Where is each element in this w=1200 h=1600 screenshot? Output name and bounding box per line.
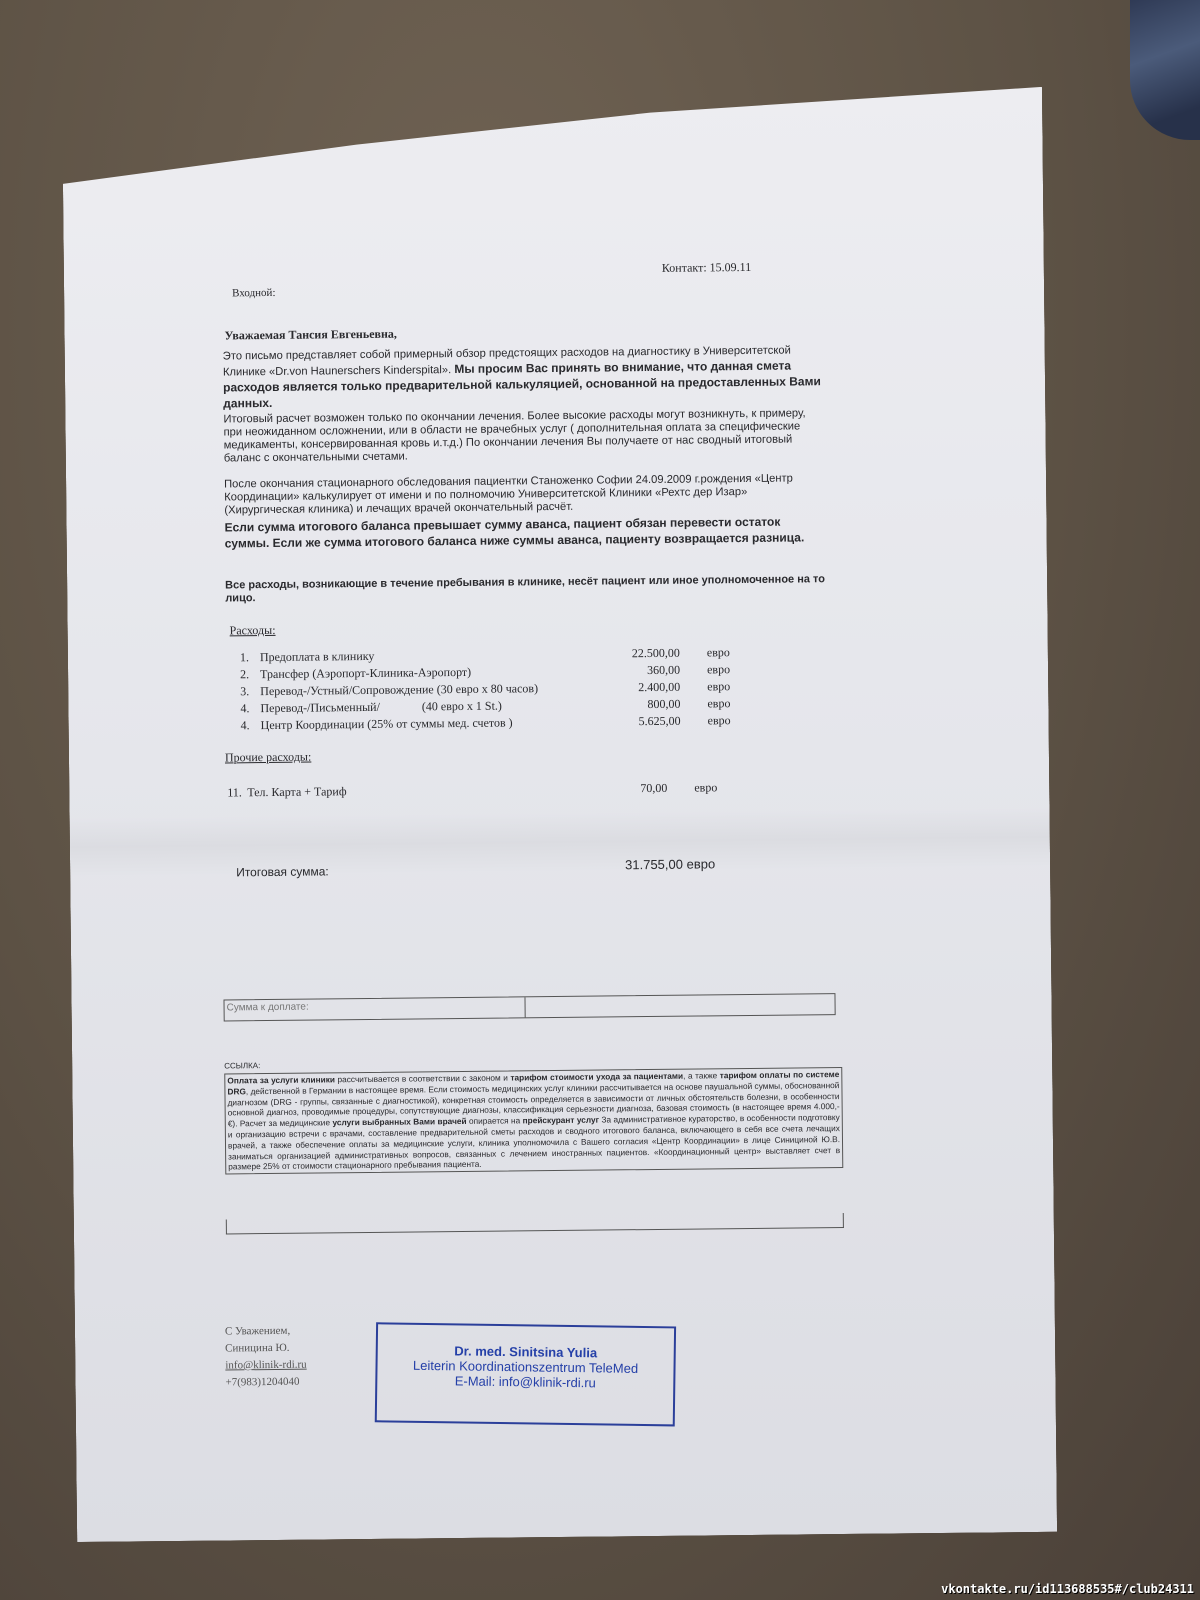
expense-row: 11.Тел. Карта + Тариф70,00евро (227, 780, 727, 801)
expense-label: Тел. Карта + Тариф (247, 784, 346, 799)
doctor-stamp: Dr. med. Sinitsina Yulia Leiterin Koordi… (375, 1322, 676, 1426)
reference-empty-row (226, 1213, 844, 1234)
contact-date: Контакт: 15.09.11 (662, 260, 752, 276)
other-expenses-heading: Прочие расходы: (225, 750, 311, 766)
expense-number: 11. (227, 785, 247, 800)
other-expenses-list: 11.Тел. Карта + Тариф70,00евро (62, 87, 1042, 97)
signature-phone: +7(983)1204040 (225, 1374, 307, 1392)
expense-amount: 70,00 (640, 781, 667, 796)
expense-currency: евро (707, 696, 730, 711)
watermark: vkontakte.ru/id113688535#/club24311 (941, 1582, 1194, 1596)
final-calc-paragraph: Итоговый расчет возможен только по оконч… (223, 407, 824, 465)
ref-text-4: опирается на (467, 1116, 523, 1127)
expense-currency: евро (694, 780, 717, 795)
expense-amount: 360,00 (647, 663, 680, 678)
reference-label: ССЫЛКА: (224, 1061, 260, 1070)
payment-due-box: Сумма к доплате: (223, 993, 835, 1021)
expense-label: Трансфер (Аэропорт-Клиника-Аэропорт) (260, 665, 471, 681)
total-label: Итоговая сумма: (236, 864, 329, 879)
expenses-list: 1.Предоплата в клинику22.500,00евро2.Тра… (62, 87, 1042, 97)
ref-bold-1: Оплата за услуги клиники (227, 1074, 335, 1085)
signature-regards: С Уважением, (225, 1323, 307, 1341)
expense-number: 4. (240, 701, 260, 716)
signature-email: info@klinik-rdi.ru (225, 1357, 307, 1375)
total-value: 31.755,00 евро (625, 856, 715, 872)
expense-amount: 22.500,00 (632, 646, 680, 662)
expense-number: 4. (241, 718, 261, 733)
expense-currency: евро (707, 662, 730, 677)
reference-box: Оплата за услуги клиники рассчитывается … (224, 1067, 843, 1175)
ref-text-2: , а также (683, 1070, 720, 1080)
expense-label: Предоплата в клинику (260, 649, 375, 664)
expense-number: 1. (240, 650, 260, 665)
expense-label: Перевод-/Письменный/ (40 евро x 1 St.) (260, 699, 502, 716)
expense-amount: 800,00 (647, 697, 680, 712)
letter: Контакт: 15.09.11 Входной: Уважаемая Тан… (62, 87, 1057, 1542)
expenses-heading: Расходы: (230, 623, 276, 638)
signature-block: С Уважением, Синицина Ю. info@klinik-rdi… (225, 1323, 307, 1392)
expense-label: Центр Координации (25% от суммы мед. сче… (261, 715, 513, 732)
expense-number: 3. (240, 684, 260, 699)
expense-amount: 2.400,00 (638, 680, 680, 695)
intro-paragraph: Это письмо представляет собой примерный … (223, 344, 824, 411)
signature-name: Синицина Ю. (225, 1340, 307, 1358)
expense-currency: евро (707, 645, 730, 660)
balance-paragraph: Если сумма итогового баланса превышает с… (224, 513, 824, 551)
expense-number: 2. (240, 667, 260, 682)
ref-bold-5: прейскурант услуг (523, 1115, 600, 1126)
payment-due-label: Сумма к доплате: (224, 997, 525, 1020)
expense-currency: евро (707, 679, 730, 694)
greeting: Уважаемая Тансия Евгеньевна, (224, 327, 397, 344)
expense-label: Перевод-/Устный/Сопровождение (30 евро x… (260, 681, 538, 698)
ref-bold-4: услуги выбранных Вами врачей (332, 1116, 466, 1127)
ref-text-1: рассчитывается в соответствии с законом … (335, 1072, 511, 1084)
incoming-label: Входной: (232, 287, 276, 299)
paper-sheet: Контакт: 15.09.11 Входной: Уважаемая Тан… (62, 87, 1057, 1542)
after-exam-paragraph: После окончания стационарного обследован… (224, 472, 824, 517)
all-costs-paragraph: Все расходы, возникающие в течение пребы… (225, 573, 825, 605)
fabric-corner (1130, 0, 1200, 140)
ref-bold-2: тарифом стоимости ухода за пациентами (510, 1071, 683, 1083)
expense-currency: евро (708, 713, 731, 728)
expense-amount: 5.625,00 (639, 714, 681, 729)
